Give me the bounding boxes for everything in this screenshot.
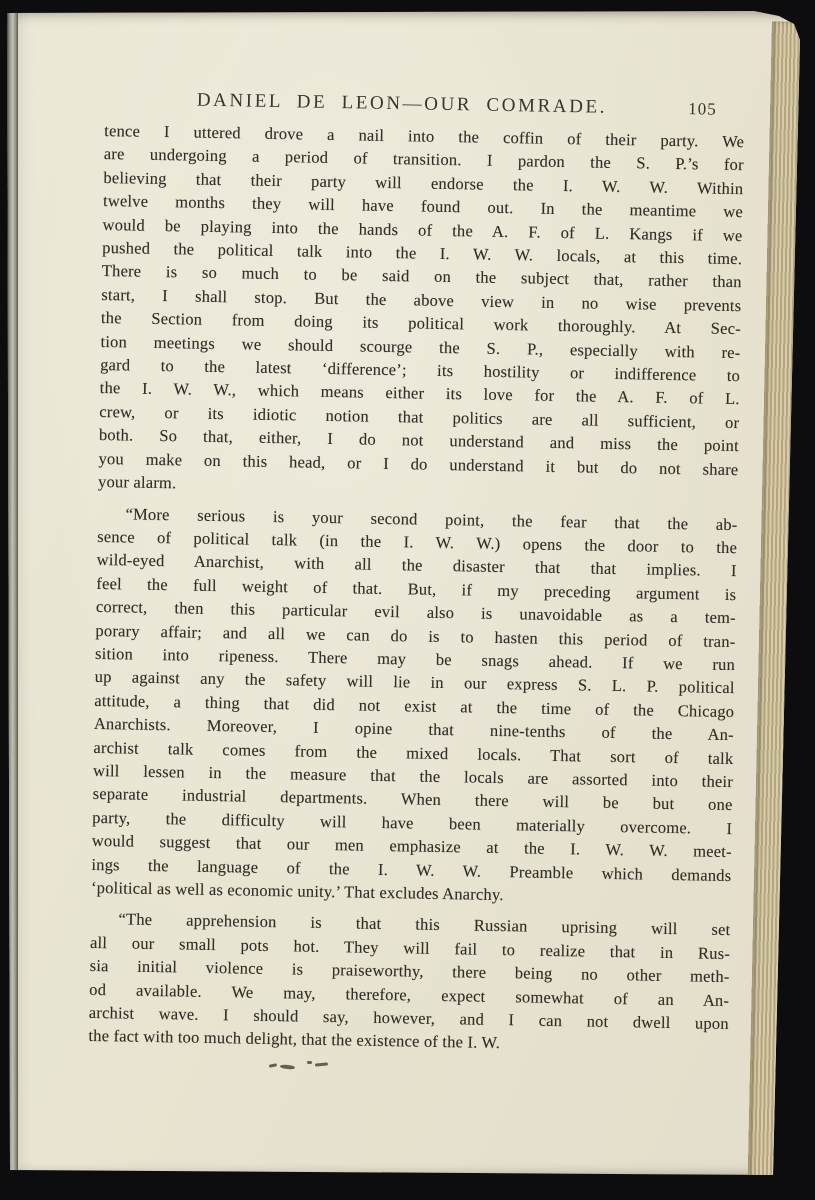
gutter-edge bbox=[7, 10, 18, 1178]
paragraph: “The apprehension is that this Russian u… bbox=[88, 907, 730, 1059]
paragraph: tence I uttered drove a nail into the co… bbox=[98, 119, 744, 505]
page-header: DANIEL DE LEON—OUR COMRADE. 105 bbox=[105, 88, 745, 121]
fore-edge bbox=[748, 21, 802, 1181]
page-number: 105 bbox=[688, 99, 717, 119]
book-page: DANIEL DE LEON—OUR COMRADE. 105 tence I … bbox=[7, 10, 800, 1178]
ink-smudge bbox=[269, 1059, 335, 1071]
page-content: DANIEL DE LEON—OUR COMRADE. 105 tence I … bbox=[88, 88, 745, 1059]
page-title: DANIEL DE LEON—OUR COMRADE. bbox=[197, 90, 608, 119]
paragraph: “More serious is your second point, the … bbox=[91, 501, 738, 910]
page-body: tence I uttered drove a nail into the co… bbox=[88, 119, 744, 1059]
backdrop: DANIEL DE LEON—OUR COMRADE. 105 tence I … bbox=[0, 0, 815, 1200]
